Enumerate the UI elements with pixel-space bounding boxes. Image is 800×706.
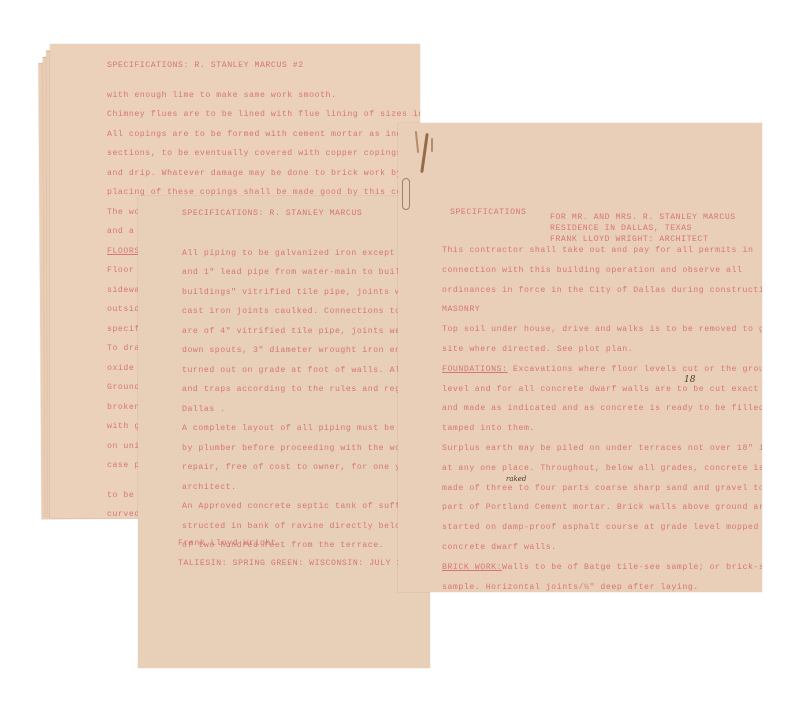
foundations-heading: FOUNDATIONS: bbox=[442, 365, 508, 374]
rust-stain bbox=[420, 133, 429, 173]
document-scene: SPECIFICATIONS: R. STANLEY MARCUS #2 wit… bbox=[0, 0, 800, 706]
rust-stain bbox=[431, 138, 433, 152]
middle-sheet-header: SPECIFICATIONS: R. STANLEY MARCUS bbox=[182, 204, 430, 224]
front-sheet: SPECIFICATIONS FOR MR. AND MRS. R. STANL… bbox=[398, 123, 762, 592]
masonry-heading: MASONRY bbox=[442, 300, 762, 320]
signature: Frank Lloyd Wright bbox=[178, 534, 430, 554]
front-sheet-body: This contractor shall take out and pay f… bbox=[442, 241, 762, 592]
brick-work-heading: BRICK WORK: bbox=[442, 563, 502, 572]
place-date: TALIESIN: SPRING GREEN: WISCONSIN: JULY … bbox=[178, 554, 430, 574]
handwritten-joints-note: raked bbox=[506, 475, 526, 483]
middle-sheet: SPECIFICATIONS: R. STANLEY MARCUS All pi… bbox=[138, 196, 430, 668]
middle-sheet-signature-block: Frank Lloyd Wright TALIESIN: SPRING GREE… bbox=[178, 534, 430, 574]
middle-sheet-text: SPECIFICATIONS: R. STANLEY MARCUS All pi… bbox=[182, 204, 430, 556]
rust-stain bbox=[415, 131, 419, 153]
front-sheet-header: SPECIFICATIONS bbox=[450, 203, 527, 223]
back-sheet-header: SPECIFICATIONS: R. STANLEY MARCUS #2 bbox=[107, 56, 420, 76]
paperclip-mark bbox=[402, 178, 410, 210]
handwritten-depth-note: 18 bbox=[684, 375, 695, 385]
